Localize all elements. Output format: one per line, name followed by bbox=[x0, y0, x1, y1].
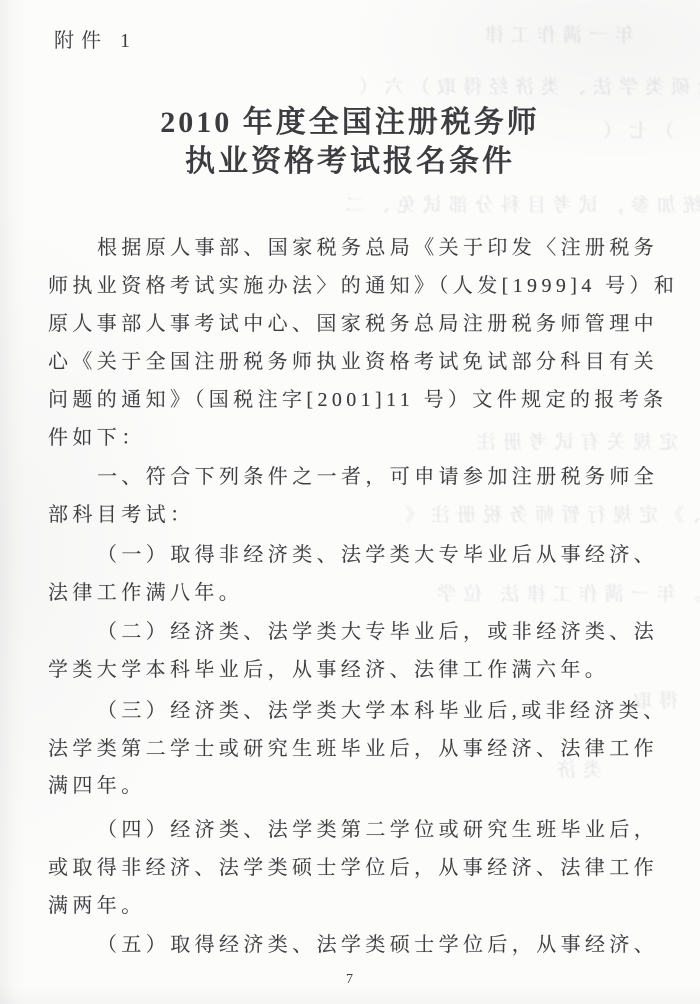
document-line: （五）取得经济类、法学类硕士学位后，从事经济、 bbox=[48, 928, 700, 957]
document-line: 心《关于全国注册税务师执业资格考试免试部分科目有关 bbox=[48, 345, 673, 374]
document-line: （二）经济类、法学类大专毕业后，或非经济类、法 bbox=[48, 615, 700, 644]
document-title-line2: 执业资格考试报名条件 bbox=[0, 136, 700, 180]
bleedthrough-text: 位学士硕类学法、类济经得取）六（ bbox=[352, 72, 700, 99]
document-line: 问题的通知》（国税注字[2001]11 号）文件规定的报考条 bbox=[48, 383, 673, 412]
attachment-label: 附件 1 bbox=[54, 24, 137, 53]
document-line: 部科目考试： bbox=[48, 498, 673, 527]
scanned-document-page: 附件 1 2010 年度全国注册税务师 执业资格考试报名条件 根据原人事部、国家… bbox=[0, 0, 700, 1004]
bleedthrough-text: 年一满作工律 bbox=[478, 20, 634, 47]
document-line: 满四年。 bbox=[48, 769, 673, 798]
document-title-line1: 2010 年度全国注册税务师 bbox=[0, 97, 700, 141]
document-line: 法律工作满八年。 bbox=[48, 576, 673, 605]
document-line: （三）经济类、法学类大学本科毕业后,或非经济类、 bbox=[48, 694, 700, 723]
document-line: 学类大学本科毕业后，从事经济、法律工作满六年。 bbox=[48, 653, 673, 682]
document-line: 根据原人事部、国家税务总局《关于印发〈注册税务 bbox=[48, 231, 700, 260]
bleedthrough-text: 试考一统加参，试考目科分部试免、二 bbox=[338, 190, 700, 217]
document-line: 件如下： bbox=[48, 421, 673, 450]
page-number: 7 bbox=[0, 972, 700, 988]
document-line: （四）经济类、法学类第二学位或研究生班毕业后， bbox=[48, 813, 700, 842]
document-line: （一）取得非经济类、法学类大专毕业后从事经济、 bbox=[48, 538, 700, 567]
document-line: 师执业资格考试实施办法〉的通知》（人发[1999]4 号）和 bbox=[48, 269, 673, 298]
document-line: 法学类第二学士或研究生班毕业后，从事经济、法律工作 bbox=[48, 732, 673, 761]
document-line: 原人事部人事考试中心、国家税务总局注册税务师管理中 bbox=[48, 307, 673, 336]
document-line: 一、符合下列条件之一者，可申请参加注册税务师全 bbox=[48, 460, 700, 489]
document-line: 满两年。 bbox=[48, 889, 673, 918]
document-line: 或取得非经济、法学类硕士学位后，从事经济、法律工作 bbox=[48, 851, 673, 880]
